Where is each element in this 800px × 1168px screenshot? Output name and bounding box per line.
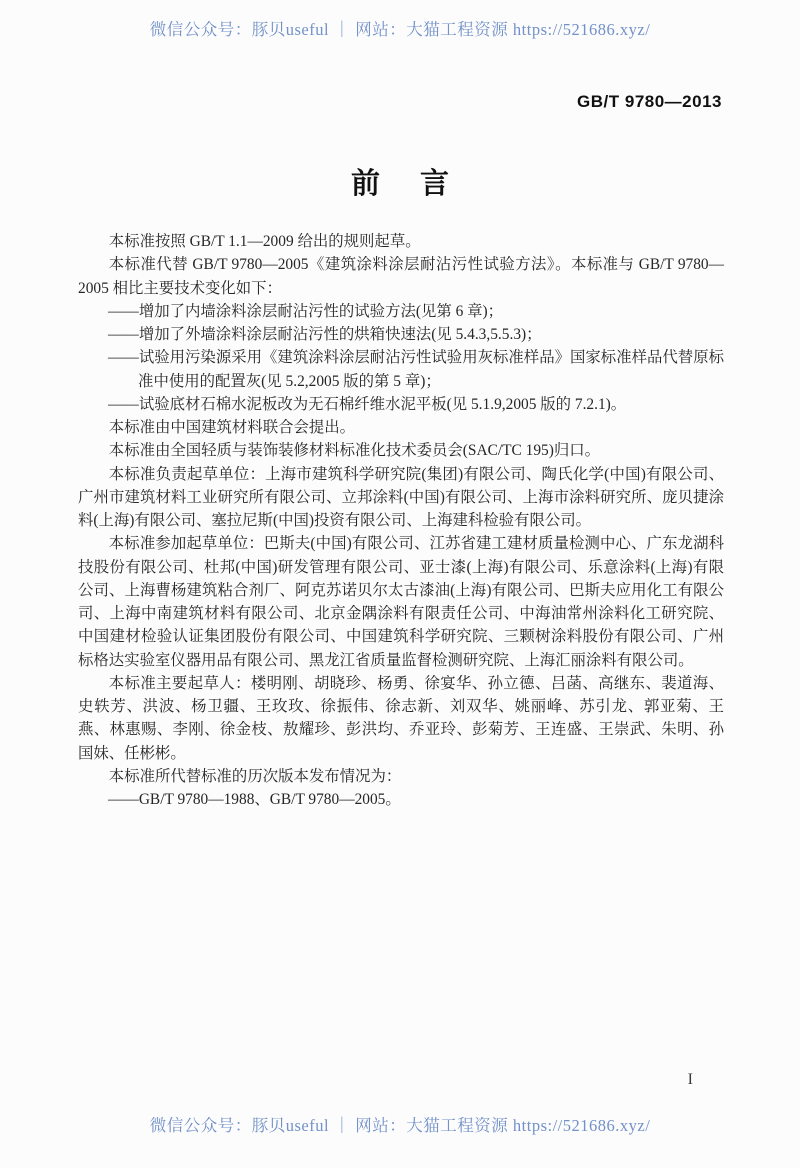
history-item: ——GB/T 9780—1988、GB/T 9780—2005。	[78, 788, 724, 811]
page-title-char-1: 前	[351, 161, 380, 202]
paragraph-proposed-by: 本标准由中国建筑材料联合会提出。	[78, 416, 724, 439]
paragraph-history-intro: 本标准所代替标准的历次版本发布情况为：	[78, 765, 724, 788]
paragraph-participating-units: 本标准参加起草单位：巴斯夫(中国)有限公司、江苏省建工建材质量检测中心、广东龙湖…	[78, 532, 724, 672]
change-item-2: ——增加了外墙涂料涂层耐沾污性的烘箱快速法(见 5.4.3,5.5.3)；	[78, 323, 724, 346]
change-item-1: ——增加了内墙涂料涂层耐沾污性的试验方法(见第 6 章)；	[78, 300, 724, 323]
paragraph-basis: 本标准按照 GB/T 1.1—2009 给出的规则起草。	[78, 230, 724, 253]
document-page: 微信公众号：豚贝useful ｜ 网站：大猫工程资源 https://52168…	[0, 0, 800, 1168]
change-item-3: ——试验用污染源采用《建筑涂料涂层耐沾污性试验用灰标准样品》国家标准样品代替原标…	[78, 346, 724, 393]
page-title: 前 言	[0, 161, 800, 202]
page-number: I	[688, 1071, 693, 1089]
paragraph-committee: 本标准由全国轻质与装饰装修材料标准化技术委员会(SAC/TC 195)归口。	[78, 439, 724, 462]
paragraph-replaces: 本标准代替 GB/T 9780—2005《建筑涂料涂层耐沾污性试验方法》。本标准…	[78, 253, 724, 300]
standard-code: GB/T 9780—2013	[577, 92, 722, 112]
foreword-body: 本标准按照 GB/T 1.1—2009 给出的规则起草。 本标准代替 GB/T …	[78, 230, 724, 811]
paragraph-drafters: 本标准主要起草人：楼明刚、胡晓珍、杨勇、徐宴华、孙立德、吕菡、高继东、裴道海、史…	[78, 672, 724, 765]
change-item-4: ——试验底材石棉水泥板改为无石棉纤维水泥平板(见 5.1.9,2005 版的 7…	[78, 393, 724, 416]
watermark-header: 微信公众号：豚贝useful ｜ 网站：大猫工程资源 https://52168…	[0, 16, 800, 40]
page-title-char-2: 言	[420, 161, 449, 202]
paragraph-responsible-units: 本标准负责起草单位：上海市建筑科学研究院(集团)有限公司、陶氏化学(中国)有限公…	[78, 463, 724, 533]
watermark-footer: 微信公众号：豚贝useful ｜ 网站：大猫工程资源 https://52168…	[0, 1112, 800, 1136]
